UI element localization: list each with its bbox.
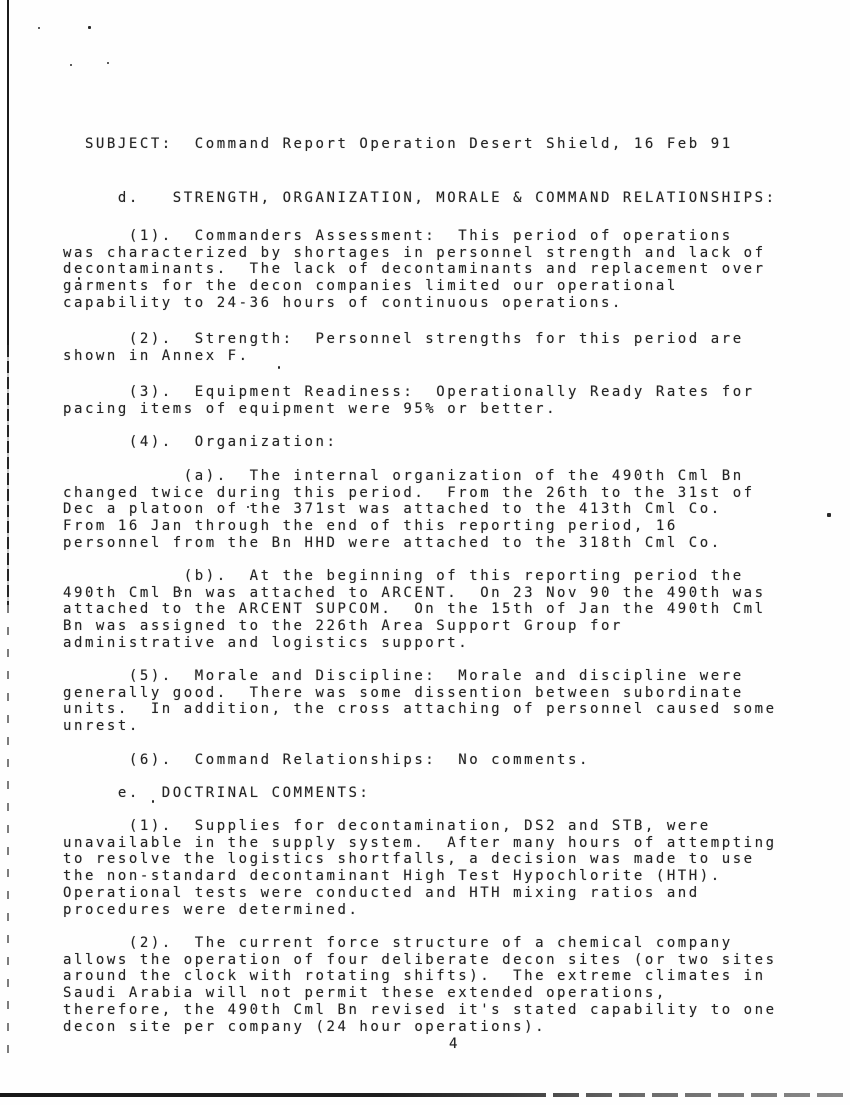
page-number: 4 [449, 1036, 460, 1053]
section-e-heading: e. DOCTRINAL COMMENTS: [63, 785, 370, 802]
bottom-scan-rule-breaks [520, 1093, 850, 1097]
scan-speck [70, 64, 72, 66]
scan-speck [38, 27, 40, 29]
subject-line: SUBJECT: Command Report Operation Desert… [63, 136, 733, 153]
paragraph-d6-command-relationships: (6). Command Relationships: No comments. [63, 752, 590, 769]
paragraph-d3-equipment-readiness: (3). Equipment Readiness: Operationally … [63, 384, 755, 417]
paragraph-d1-commanders-assessment: (1). Commanders Assessment: This period … [63, 228, 766, 312]
section-d-heading: d. STRENGTH, ORGANIZATION, MORALE & COMM… [63, 190, 777, 207]
paragraph-e2-force-structure: (2). The current force structure of a ch… [63, 935, 777, 1035]
paragraph-d4b-attachments: (b). At the beginning of this reporting … [63, 568, 766, 652]
scan-speck [827, 513, 831, 517]
scan-speck [107, 62, 109, 64]
scanned-document-page: SUBJECT: Command Report Operation Desert… [0, 0, 850, 1105]
paragraph-d5-morale-discipline: (5). Morale and Discipline: Morale and d… [63, 668, 777, 735]
scan-speck [278, 366, 280, 369]
left-scan-edge-line-bottom [7, 605, 9, 1060]
left-scan-edge-line-top [7, 0, 9, 345]
left-scan-edge-line-middle [7, 345, 9, 605]
paragraph-d4-organization: (4). Organization: [63, 434, 337, 451]
paragraph-d4a-internal-organization: (a). The internal organization of the 49… [63, 468, 755, 552]
scan-speck [88, 26, 91, 29]
paragraph-d2-strength: (2). Strength: Personnel strengths for t… [63, 331, 744, 364]
paragraph-e1-decontamination-supplies: (1). Supplies for decontamination, DS2 a… [63, 818, 777, 918]
